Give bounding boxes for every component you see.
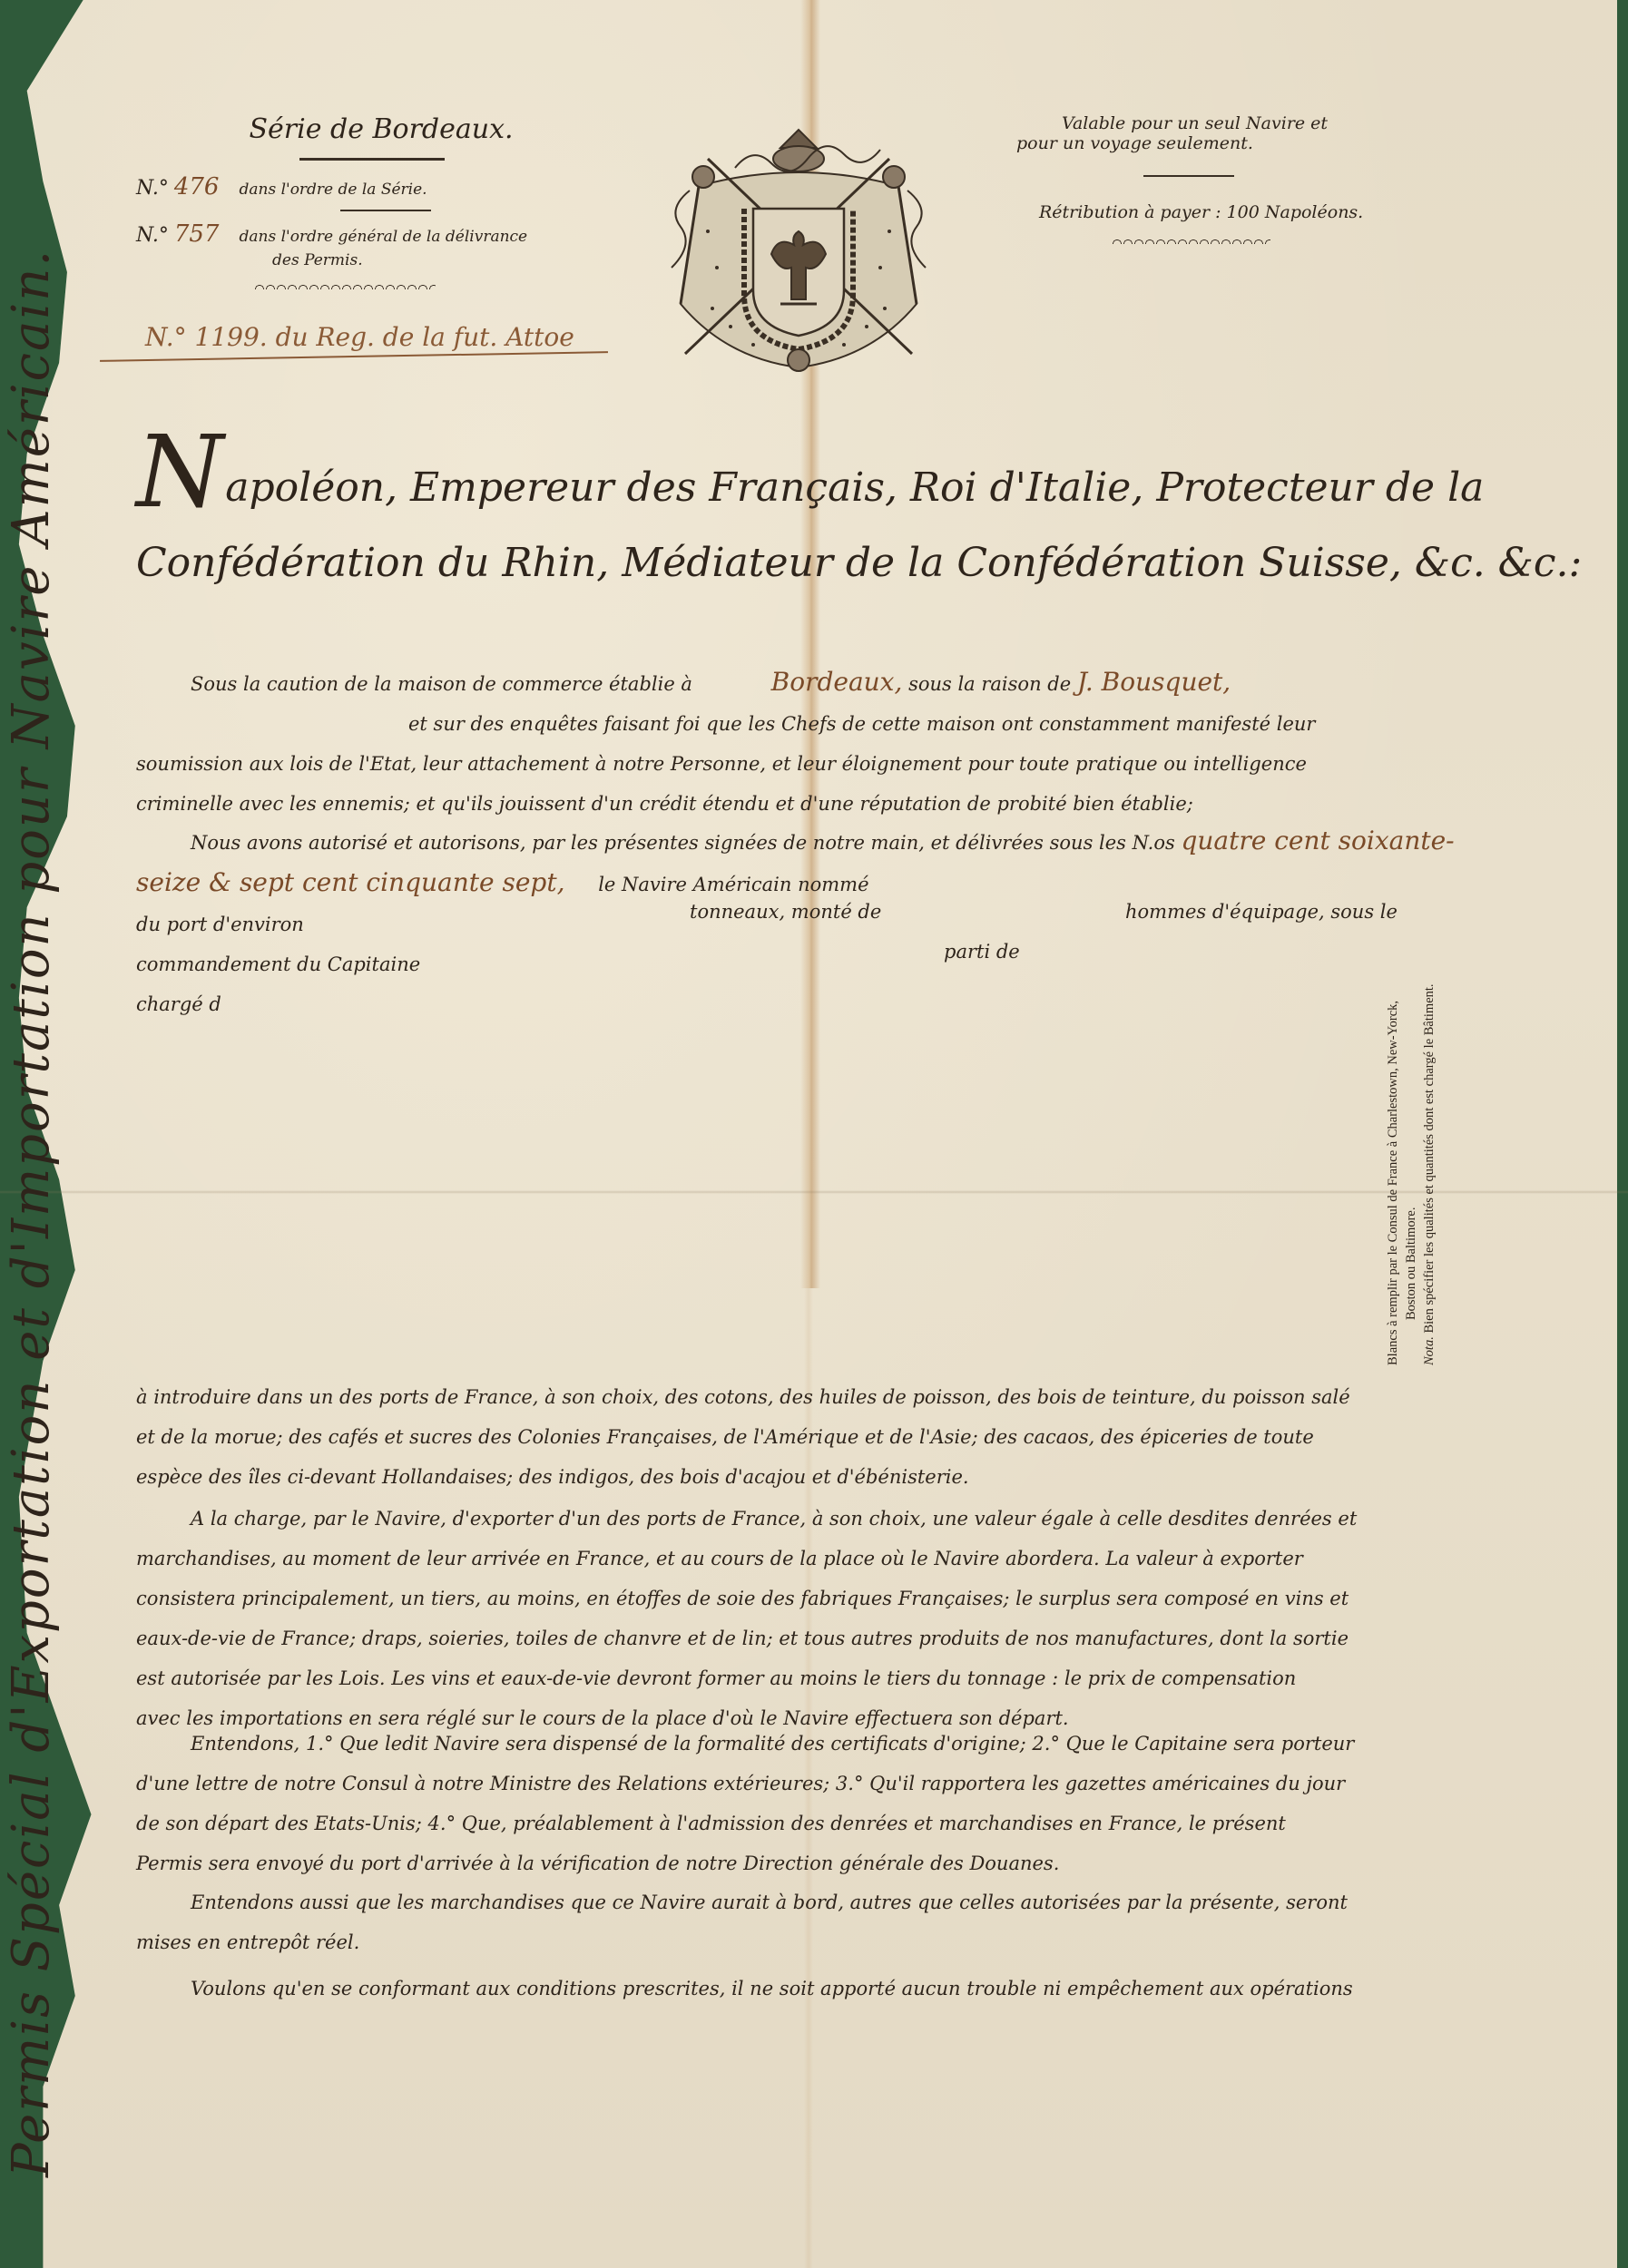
para-line: Nous avons autorisé et autorisons, par l…	[136, 821, 1416, 863]
header-right: Valable pour un seul Navire et pour un v…	[1016, 113, 1398, 244]
para-line: eaux-de-vie de France; draps, soieries, …	[136, 1618, 1416, 1658]
handwritten-city: Bordeaux,	[771, 667, 903, 697]
general-number: 757	[174, 220, 220, 248]
title-line-2: Confédération du Rhin, Médiateur de la C…	[136, 540, 1425, 586]
para-line: d'une lettre de notre Consul à notre Min…	[136, 1764, 1416, 1804]
fee-line: Rétribution à payer : 100 Napoléons.	[1016, 202, 1398, 222]
general-number-desc: dans l'ordre général de la délivrance	[239, 228, 527, 246]
number-label: N.°	[136, 224, 169, 247]
paragraph-caution: Sous la caution de la maison de commerce…	[136, 662, 1416, 824]
nota-label: Nota.	[1422, 1336, 1437, 1365]
general-number-desc-2: des Permis.	[136, 251, 608, 269]
para-line: du port d'environ tonneaux, monté de hom…	[136, 904, 1416, 944]
para-line: criminelle avec les ennemis; et qu'ils j…	[136, 784, 1416, 824]
title-line-1-rest: apoléon, Empereur des Français, Roi d'It…	[225, 464, 1484, 522]
title-initial: N	[136, 422, 223, 522]
title-line-1: N apoléon, Empereur des Français, Roi d'…	[136, 422, 1425, 522]
para-line: de son départ des Etats-Unis; 4.° Que, p…	[136, 1804, 1416, 1843]
text: sous la raison de	[908, 673, 1071, 695]
para-line: Permis sera envoyé du port d'arrivée à l…	[136, 1843, 1416, 1883]
para-line: à introduire dans un des ports de France…	[136, 1377, 1416, 1417]
margin-note-line-3: Nota. Bien spécifier les qualités et qua…	[1420, 948, 1438, 1365]
para-line: marchandises, au moment de leur arrivée …	[136, 1539, 1416, 1579]
series-number-desc: dans l'ordre de la Série.	[239, 181, 427, 199]
series-number: 476	[174, 173, 220, 200]
text: commandement du Capitaine	[136, 944, 420, 984]
side-title: Permis Spécial d'Exportation et d'Import…	[2, 91, 61, 2177]
paragraph-bonded-warehouse: Entendons aussi que les marchandises que…	[136, 1882, 1416, 1962]
para-line: Entendons, 1.° Que ledit Navire sera dis…	[136, 1724, 1416, 1764]
validity-line-2: pour un voyage seulement.	[1016, 133, 1398, 153]
handwritten-numbers: quatre cent soixante-	[1181, 826, 1454, 855]
text: Nous avons autorisé et autorisons, par l…	[191, 832, 1175, 854]
general-number-row: N.° 757 dans l'ordre général de la déliv…	[136, 220, 608, 248]
para-line: chargé d	[136, 984, 1416, 1024]
para-line: soumission aux lois de l'Etat, leur atta…	[136, 744, 1416, 784]
divider	[299, 158, 445, 161]
paragraph-conditions: Entendons, 1.° Que ledit Navire sera dis…	[136, 1724, 1416, 1883]
margin-note-line-1: Blancs à remplir par le Consul de France…	[1384, 948, 1402, 1365]
margin-note-line-2: Boston ou Baltimore.	[1402, 948, 1420, 1365]
handwritten-firm: J. Bousquet,	[1077, 667, 1231, 697]
para-line: et sur des enquêtes faisant foi que les …	[136, 704, 1416, 744]
series-title: Série de Bordeaux.	[154, 113, 608, 145]
paragraph-non-interference: Voulons qu'en se conformant aux conditio…	[136, 1969, 1416, 2009]
paragraph-imports: à introduire dans un des ports de France…	[136, 1377, 1416, 1497]
text: du port d'environ	[136, 904, 304, 944]
text: parti de	[944, 932, 1020, 972]
paragraph-authorization: Nous avons autorisé et autorisons, par l…	[136, 821, 1416, 1024]
para-line: Voulons qu'en se conformant aux conditio…	[136, 1969, 1416, 2009]
margin-note: Blancs à remplir par le Consul de France…	[1384, 948, 1438, 1365]
number-label: N.°	[136, 177, 169, 200]
header-left: Série de Bordeaux. N.° 476 dans l'ordre …	[136, 113, 608, 298]
para-line: Entendons aussi que les marchandises que…	[136, 1882, 1416, 1922]
wavy-divider	[254, 282, 436, 289]
series-number-row: N.° 476 dans l'ordre de la Série.	[136, 173, 608, 200]
validity-line-1: Valable pour un seul Navire et	[1016, 113, 1398, 133]
wavy-divider	[1112, 237, 1270, 244]
text: hommes d'équipage, sous le	[1125, 892, 1398, 932]
para-line: et de la morue; des cafés et sucres des …	[136, 1417, 1416, 1457]
imperial-coat-of-arms-icon	[644, 122, 953, 386]
document-title: N apoléon, Empereur des Français, Roi d'…	[136, 422, 1425, 586]
para-line: consistera principalement, un tiers, au …	[136, 1579, 1416, 1618]
divider	[340, 210, 431, 211]
divider	[1143, 175, 1234, 177]
text: tonneaux, monté de	[690, 892, 881, 932]
para-line: A la charge, par le Navire, d'exporter d…	[136, 1499, 1416, 1539]
para-line: espèce des îles ci-devant Hollandaises; …	[136, 1457, 1416, 1497]
text: Bien spécifier les qualités et quantités…	[1422, 983, 1437, 1333]
text: Sous la caution de la maison de commerce…	[191, 673, 692, 695]
handwritten-register-note: N.° 1199. du Reg. de la fut. Attoe	[145, 322, 574, 352]
para-line: commandement du Capitaine parti de	[136, 944, 1416, 984]
handwritten-numbers: seize & sept cent cinquante sept,	[136, 867, 565, 897]
para-line: mises en entrepôt réel.	[136, 1922, 1416, 1962]
paragraph-exports: A la charge, par le Navire, d'exporter d…	[136, 1499, 1416, 1738]
para-line: est autorisée par les Lois. Les vins et …	[136, 1658, 1416, 1698]
para-line: Sous la caution de la maison de commerce…	[136, 662, 1416, 704]
